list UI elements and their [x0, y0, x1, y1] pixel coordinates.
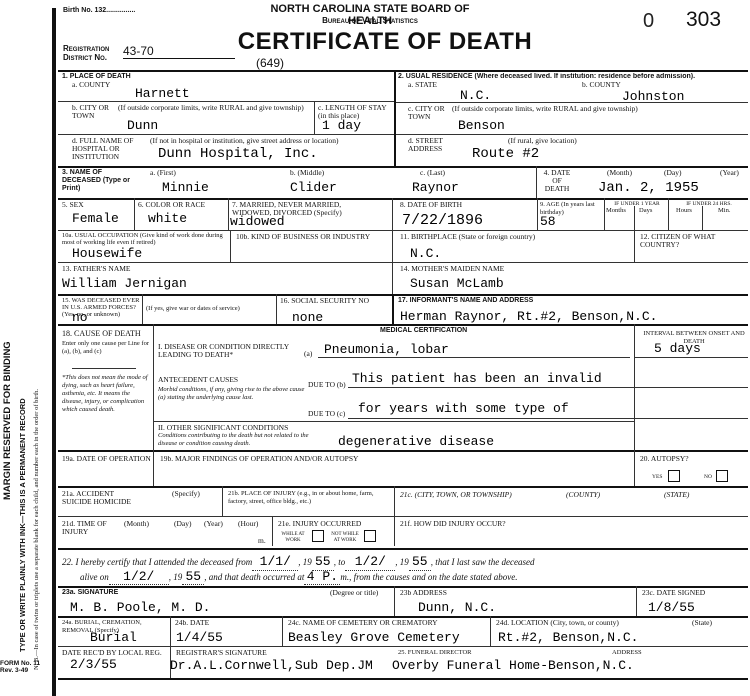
accident-specify-label: (Specify)	[172, 490, 200, 498]
attending-certification-line1: 22. I hereby certify that I attended the…	[62, 554, 748, 571]
funeral-director-address-label: ADDRESS	[612, 649, 642, 657]
dod-year-label: (Year)	[720, 169, 739, 177]
interval-a-value: 5 days	[654, 341, 701, 356]
cemetery-value: Beasley Grove Cemetery	[288, 630, 460, 645]
operation-date-label: 19a. DATE OF OPERATION	[62, 455, 152, 463]
certificate-title: CERTIFICATE OF DEATH	[235, 28, 535, 56]
date-received-label: DATE REC'D BY LOCAL REG.	[62, 649, 166, 657]
due-to-b-label: DUE TO (b)	[308, 381, 346, 389]
antecedent-note: Morbid conditions, if any, giving rise t…	[158, 386, 308, 402]
binding-margin: MARGIN RESERVED FOR BINDING TYPE OR WRIT…	[0, 80, 52, 680]
last-seen-alive-date: 1/2/	[109, 570, 169, 585]
not-at-work-checkbox[interactable]	[364, 530, 376, 542]
sex-value: Female	[72, 211, 119, 226]
birth-number: Birth No. 132...............	[63, 7, 135, 14]
dod-day-label: (Day)	[664, 169, 682, 177]
physician-address-value: Dunn, N.C.	[418, 600, 496, 615]
injury-month-label: (Month)	[124, 520, 149, 528]
date-received-value: 2/3/55	[70, 657, 117, 672]
burial-location-label: 24d. LOCATION (City, town, or county)	[496, 619, 619, 627]
burial-date-label: 24b. DATE	[175, 619, 209, 627]
part2-label: II. OTHER SIGNIFICANT CONDITIONS	[158, 424, 288, 432]
informant-label: 17. INFORMANT'S NAME AND ADDRESS	[398, 297, 533, 305]
cause-b-value: This patient has been an invalid	[352, 371, 602, 386]
registrar-signature-label: REGISTRAR'S SIGNATURE	[176, 649, 267, 657]
signature-label: 23a. SIGNATURE	[62, 589, 118, 597]
form-number: FORM No. 11	[0, 660, 40, 667]
date-signed-label: 23c. DATE SIGNED	[642, 589, 705, 597]
citizenship-label: 12. CITIZEN OF WHAT COUNTRY?	[640, 233, 740, 249]
time-of-death: 4 P.	[304, 570, 340, 585]
dob-value: 7/22/1896	[402, 212, 483, 229]
autopsy-label: 20. AUTOPSY?	[640, 455, 689, 463]
cemetery-label: 24c. NAME OF CEMETERY OR CREMATORY	[288, 619, 438, 627]
length-of-stay-value: 1 day	[322, 118, 361, 133]
registrar-signature-value: Dr.A.L.Cornwell,Sub Dep.JM	[170, 658, 373, 673]
hours-label: Hours	[676, 207, 692, 215]
first-name-label: a. (First)	[150, 169, 176, 177]
margin-ink-note: TYPE OR WRITE PLAINLY WITH INK—THIS IS A…	[18, 398, 27, 652]
mother-name-label: 14. MOTHER'S MAIDEN NAME	[400, 265, 504, 273]
death-county-value: Harnett	[135, 86, 190, 101]
attending-certification-line2: alive on1/2/, 1955, and that death occur…	[80, 570, 748, 585]
death-city-label: b. CITY OR TOWN	[72, 104, 122, 120]
funeral-director-label: 25. FUNERAL DIRECTOR	[398, 649, 472, 657]
injury-state-label: (STATE)	[664, 491, 689, 499]
death-county-label: a. COUNTY	[72, 81, 110, 89]
race-value: white	[148, 211, 187, 226]
ssn-label: 16. SOCIAL SECURITY NO	[280, 297, 369, 305]
autopsy-yes-checkbox[interactable]	[668, 470, 680, 482]
residence-city-note: (If outside corporate limits, write RURA…	[452, 105, 748, 113]
business-label: 10b. KIND OF BUSINESS OR INDUSTRY	[236, 233, 386, 241]
due-to-c-label: DUE TO (c)	[308, 410, 345, 418]
registration-label: Registration District No.	[63, 44, 121, 62]
hospital-label: d. FULL NAME OF HOSPITAL OR INSTITUTION	[72, 137, 152, 161]
residence-state-value: N.C.	[460, 88, 491, 103]
occupation-value: Housewife	[72, 246, 142, 261]
part2-note: Conditions contributing to the death but…	[158, 432, 323, 448]
minutes-label: Min.	[718, 207, 730, 215]
occupation-label: 10a. USUAL OCCUPATION (Give kind of work…	[62, 232, 232, 246]
death-city-note: (If outside corporate limits, write RURA…	[118, 104, 308, 112]
injury-hour-label: (Hour)	[238, 520, 258, 528]
margin-binding-text: MARGIN RESERVED FOR BINDING	[2, 341, 13, 500]
first-name-value: Minnie	[162, 180, 209, 195]
age-value: 58	[540, 214, 556, 229]
sex-label: 5. SEX	[62, 201, 84, 209]
cause-c-value: for years with some type of	[358, 401, 569, 416]
informant-value: Herman Raynor, Rt.#2, Benson,N.C.	[400, 309, 657, 324]
injury-county-label: (COUNTY)	[566, 491, 600, 499]
dob-label: 8. DATE OF BIRTH	[400, 201, 462, 209]
burial-location-value: Rt.#2, Benson,N.C.	[498, 630, 638, 645]
cause-a-marker: (a)	[304, 350, 312, 358]
middle-name-value: Clider	[290, 180, 337, 195]
cause-a-value: Pneumonia, lobar	[324, 342, 449, 357]
birthplace-value: N.C.	[410, 246, 441, 261]
death-city-value: Dunn	[127, 118, 158, 133]
street-address-value: Route #2	[472, 146, 539, 162]
date-of-death-label: 4. DATE OF DEATH	[540, 169, 574, 193]
injury-year-label: (Year)	[204, 520, 223, 528]
last-seen-alive-year: 55	[182, 570, 204, 585]
operation-findings-label: 19b. MAJOR FINDINGS OF OPERATION AND/OR …	[160, 455, 358, 463]
injury-place-label: 21b. PLACE OF INJURY (e.g., in or about …	[228, 490, 394, 506]
residence-city-value: Benson	[458, 118, 505, 133]
physician-signature-value: M. B. Poole, M. D.	[70, 600, 210, 615]
sub-registration-number: (649)	[256, 56, 284, 70]
autopsy-yes-label: YES	[652, 473, 662, 481]
date-of-death-value: Jan. 2, 1955	[598, 180, 699, 196]
bureau-name: Bureau of Vital Statistics	[250, 16, 490, 25]
funeral-director-value: Overby Funeral Home-Benson,N.C.	[392, 658, 634, 673]
part1-label: I. DISEASE OR CONDITION DIRECTLY LEADING…	[158, 343, 313, 359]
residence-city-label: c. CITY OR TOWN	[408, 105, 452, 121]
accident-type-label: 21a. ACCIDENT SUICIDE HOMICIDE	[62, 490, 132, 506]
antecedent-label: ANTECEDENT CAUSES	[158, 376, 238, 384]
armed-forces-note: (If yes, give war or dates of service)	[146, 305, 240, 313]
last-name-value: Raynor	[412, 180, 459, 195]
at-work-checkbox[interactable]	[312, 530, 324, 542]
physician-address-label: 23b ADDRESS	[400, 589, 447, 597]
marital-status-value: widowed	[230, 214, 285, 229]
street-address-note: (If rural, give location)	[508, 137, 577, 145]
ssn-value: none	[292, 310, 323, 325]
autopsy-no-label: NO	[704, 473, 712, 481]
injury-occurred-label: 21e. INJURY OCCURRED	[278, 520, 361, 528]
at-work-label: WHILE AT WORK	[276, 532, 310, 544]
middle-name-label: b. (Middle)	[290, 169, 324, 177]
attended-to-date: 1/2/	[345, 554, 395, 571]
residence-label: 2. USUAL RESIDENCE (Where deceased lived…	[398, 73, 748, 81]
street-address-label: d. STREET ADDRESS	[408, 137, 458, 153]
disposition-value: Burial	[90, 630, 137, 645]
cause-of-death-label: 18. CAUSE OF DEATH	[62, 330, 141, 338]
mother-name-value: Susan McLamb	[410, 276, 504, 291]
hospital-value: Dunn Hospital, Inc.	[158, 146, 318, 162]
injury-m-label: m.	[258, 537, 266, 545]
certificate-prefix: 0	[643, 10, 654, 33]
medical-certification-title: MEDICAL CERTIFICATION	[380, 327, 467, 335]
certificate-number: 303	[686, 8, 721, 32]
date-signed-value: 1/8/55	[648, 600, 695, 615]
months-label: Months	[606, 207, 626, 215]
hospital-note: (If not in hospital or institution, give…	[150, 137, 394, 145]
residence-county-label: b. COUNTY	[582, 81, 621, 89]
burial-date-value: 1/4/55	[176, 630, 223, 645]
birthplace-label: 11. BIRTHPLACE (State or foreign country…	[400, 233, 535, 241]
burial-state-label: (State)	[692, 619, 712, 627]
days-label: Days	[639, 207, 652, 215]
margin-twins-note: N. B.—In case of twins or triplets use a…	[33, 389, 40, 670]
injury-city-label: 21c. (CITY, TOWN, OR TOWNSHIP)	[400, 491, 512, 499]
father-name-value: William Jernigan	[62, 276, 187, 291]
injury-day-label: (Day)	[174, 520, 192, 528]
registration-district-value: 43-70	[123, 44, 235, 59]
attended-to-year: 55	[409, 554, 431, 571]
how-injury-occurred-label: 21f. HOW DID INJURY OCCUR?	[400, 520, 506, 528]
father-name-label: 13. FATHER'S NAME	[62, 265, 131, 273]
injury-time-label: 21d. TIME OF INJURY	[62, 520, 110, 536]
armed-forces-value: no	[72, 310, 88, 325]
autopsy-no-checkbox[interactable]	[716, 470, 728, 482]
cause-of-death-note: Enter only one cause per Line for (a), (…	[62, 340, 150, 356]
degree-label: (Degree or title)	[330, 589, 378, 597]
residence-state-label: a. STATE	[408, 81, 437, 89]
not-at-work-label: NOT WHILE AT WORK	[328, 532, 362, 544]
form-left-border	[52, 8, 56, 696]
last-name-label: c. (Last)	[420, 169, 445, 177]
race-label: 6. COLOR OR RACE	[138, 201, 205, 209]
attended-from-date: 1/1/	[252, 554, 298, 571]
part2-value: degenerative disease	[338, 434, 494, 449]
cause-footnote: *This does not mean the mode of dying, s…	[62, 374, 152, 414]
form-revision: Rev. 3-49	[0, 667, 40, 674]
dod-month-label: (Month)	[607, 169, 632, 177]
deceased-name-label: 3. NAME OF DECEASED (Type or Print)	[62, 169, 134, 193]
